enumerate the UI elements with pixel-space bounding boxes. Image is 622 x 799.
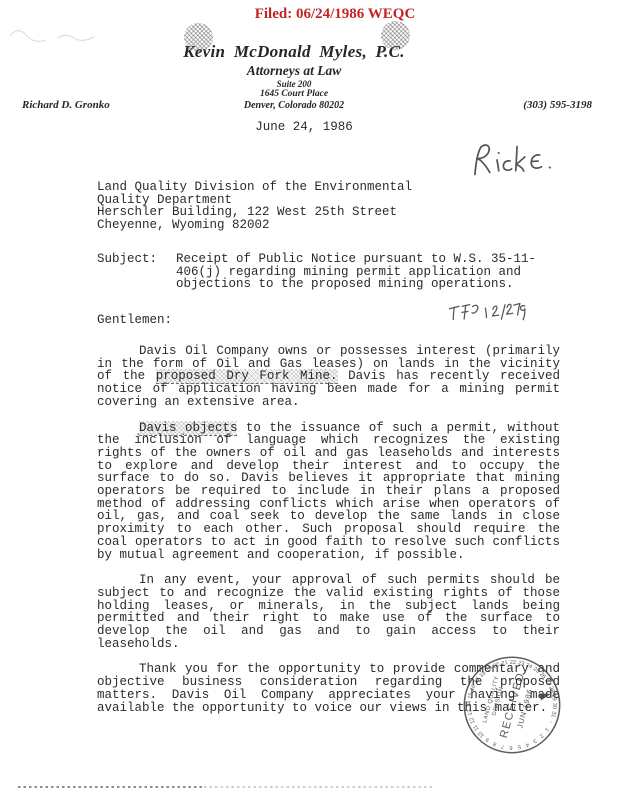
handwritten-initials xyxy=(465,136,556,184)
svg-text:9: 9 xyxy=(485,736,491,743)
halftone-circle-right xyxy=(381,21,410,50)
letter-page: Filed: 06/24/1986 WEQC Kevin McDonald My… xyxy=(0,0,622,799)
svg-text:31: 31 xyxy=(549,710,556,717)
svg-text:29: 29 xyxy=(550,694,557,701)
filed-date-stamp: Filed: 06/24/1986 WEQC xyxy=(0,6,622,23)
handwritten-docket-note xyxy=(447,300,528,328)
firm-name: Kevin McDonald Myles, P.C. xyxy=(0,42,605,62)
svg-text:16: 16 xyxy=(469,684,477,692)
svg-text:15: 15 xyxy=(467,692,474,699)
svg-text:20: 20 xyxy=(493,662,501,670)
stamp-day-arrow-icon xyxy=(539,694,551,701)
svg-text:10: 10 xyxy=(477,730,486,739)
svg-text:27: 27 xyxy=(543,678,551,687)
svg-text:3: 3 xyxy=(532,737,538,744)
firm-tagline: Attorneys at Law xyxy=(0,62,605,79)
svg-text:28: 28 xyxy=(547,686,555,694)
salutation: Gentlemen: xyxy=(97,314,172,327)
svg-text:12: 12 xyxy=(469,716,477,724)
svg-text:1: 1 xyxy=(543,726,550,732)
recipient-line: Land Quality Division of the Environment… xyxy=(97,181,412,194)
scan-artifact-line xyxy=(204,786,432,788)
paragraph-text: to the issuance of such a permit, withou… xyxy=(97,421,560,562)
svg-text:19: 19 xyxy=(485,665,494,673)
paragraph: Davis Oil Company owns or possesses inte… xyxy=(97,345,560,409)
subject-line: objections to the proposed mining operat… xyxy=(176,278,558,291)
halftone-circle-left xyxy=(184,23,213,52)
firm-suite: Suite 200 xyxy=(0,79,605,89)
svg-text:8: 8 xyxy=(492,740,497,747)
svg-text:23: 23 xyxy=(517,660,524,667)
paragraph: In any event, your approval of such perm… xyxy=(97,574,560,650)
svg-text:4: 4 xyxy=(525,741,530,748)
svg-text:30: 30 xyxy=(551,703,557,709)
paragraph-text: In any event, your approval of such perm… xyxy=(97,573,560,651)
subject-text: Receipt of Public Notice pursuant to W.S… xyxy=(176,253,558,291)
svg-text:22: 22 xyxy=(510,660,516,666)
letter-date: June 24, 1986 xyxy=(0,121,615,134)
svg-text:14: 14 xyxy=(467,701,473,707)
firm-phone: (303) 595-3198 xyxy=(523,99,592,111)
subject-line: Receipt of Public Notice pursuant to W.S… xyxy=(176,253,558,266)
svg-text:-: - xyxy=(547,720,553,724)
svg-text:21: 21 xyxy=(501,660,508,667)
svg-text:6: 6 xyxy=(509,744,512,750)
svg-text:24: 24 xyxy=(525,662,533,670)
svg-text:2: 2 xyxy=(538,732,544,739)
subject-label: Subject: xyxy=(97,253,176,291)
subject-block: Subject: Receipt of Public Notice pursua… xyxy=(97,253,558,291)
svg-text:11: 11 xyxy=(472,724,480,732)
svg-text:7: 7 xyxy=(501,743,505,750)
attorney-name: Richard D. Gronko xyxy=(22,99,110,111)
svg-text:13: 13 xyxy=(467,709,474,716)
svg-text:5: 5 xyxy=(517,743,521,749)
scan-artifact-line xyxy=(18,786,204,788)
recipient-line: Cheyenne, Wyoming 82002 xyxy=(97,219,412,232)
received-stamp: 1234567891011121314151617181920212223242… xyxy=(459,652,565,758)
recipient-address: Land Quality Division of the Environment… xyxy=(97,181,412,232)
paragraph: Davis objects to the issuance of such a … xyxy=(97,422,560,562)
